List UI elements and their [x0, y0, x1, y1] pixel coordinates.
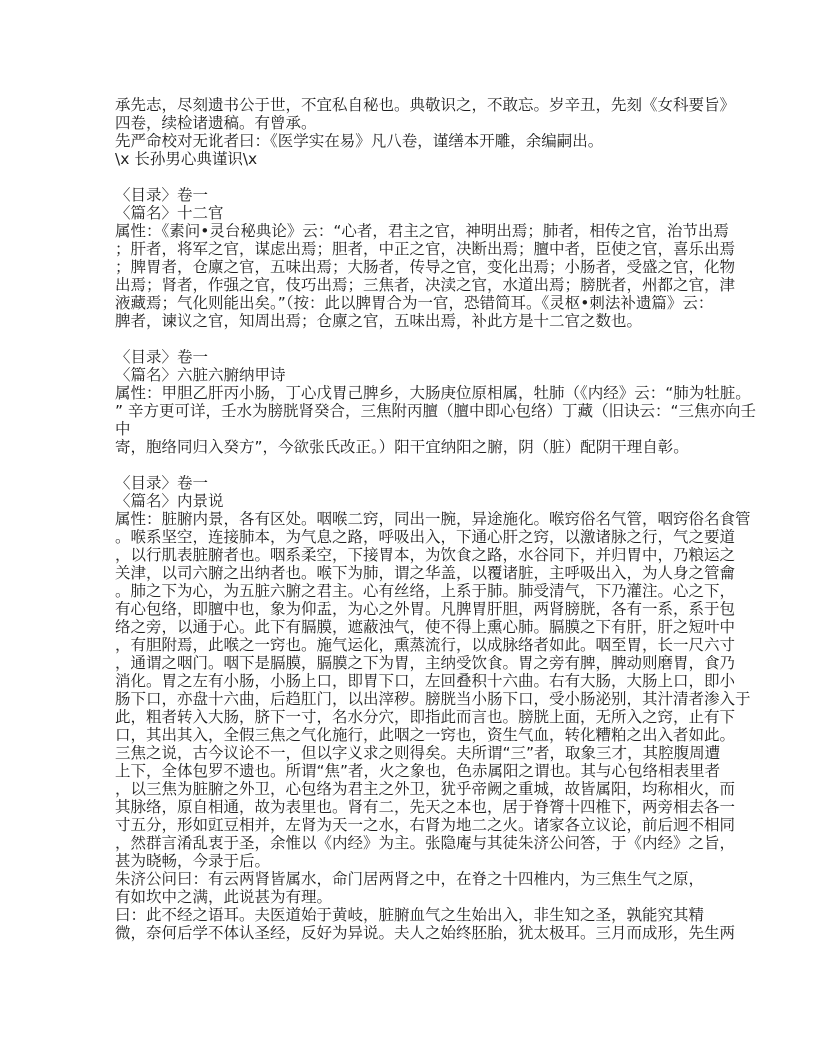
- text-line: 中: [115, 420, 735, 438]
- text-line: 四卷，续检诸遗稿。有曾承。: [115, 114, 735, 132]
- text-line: 肠下口，亦盘十六曲，后趋肛门，以出滓秽。膀胱当小肠下口，受小肠泌别，其汁清者渗入…: [115, 690, 735, 708]
- section-block: 〈目录〉卷一〈篇名〉十二官属性：《素问•灵台秘典论》云：“心者，君主之官，神明出…: [115, 186, 735, 330]
- text-line: \x 长孙男心典谨识\x: [115, 150, 735, 168]
- text-line: 有心包络，即膻中也，象为仰盂，为心之外胃。凡脾胃肝胆，两肾膀胱，各有一系，系于包: [115, 600, 735, 618]
- toc-line: 〈目录〉卷一: [115, 348, 735, 366]
- text-line: 朱济公问曰：有云两肾皆属水，命门居两肾之中，在脊之十四椎内，为三焦生气之原，: [115, 870, 735, 888]
- text-line: ，通谓之咽门。咽下是膈膜，膈膜之下为胃，主纳受饮食。胃之旁有脾，脾动则磨胃，食乃: [115, 654, 735, 672]
- document-body: 承先志，尽刻遗书公于世，不宜私自秘也。典敬识之，不敢忘。岁辛丑，先刻《女科要旨》…: [115, 96, 735, 942]
- text-line: 属性：脏腑内景，各有区处。咽喉二窍，同出一腕，异途施化。喉窍俗名气管，咽窍俗名食…: [115, 510, 735, 528]
- document-page: 承先志，尽刻遗书公于世，不宜私自秘也。典敬识之，不敢忘。岁辛丑，先刻《女科要旨》…: [0, 0, 816, 1056]
- text-line: 寄，胞络同归入癸方”，今欲张氏改正。）阳干宜纳阳之腑，阴（脏）配阴干理自彰。: [115, 438, 735, 456]
- text-line: ，然群言淆乱衷于圣，余惟以《内经》为主。张隐庵与其徒朱济公问答，于《内经》之旨，: [115, 834, 735, 852]
- text-line: 。肺之下为心，为五脏六腑之君主。心有丝络，上系于肺。肺受清气，下乃灌注。心之下，: [115, 582, 735, 600]
- text-line: 络之旁，以通于心。此下有膈膜，遮蔽浊气，使不得上熏心肺。膈膜之下有肝，肝之短叶中: [115, 618, 735, 636]
- text-line: ，有胆附焉，此喉之一窍也。施气运化，熏蒸流行，以成脉络者如此。咽至胃，长一尺六寸: [115, 636, 735, 654]
- section-block: 〈目录〉卷一〈篇名〉六脏六腑纳甲诗属性：甲胆乙肝丙小肠，丁心戊胃己脾乡，大肠庚位…: [115, 348, 735, 456]
- text-line: 曰：此不经之语耳。夫医道始于黄岐，脏腑血气之生始出入，非生知之圣，孰能究其精: [115, 906, 735, 924]
- text-line: 消化。胃之左有小肠，小肠上口，即胃下口，左回叠积十六曲。右有大肠，大肠上口，即小: [115, 672, 735, 690]
- text-line: 上下，全体包罗不遗也。所谓“焦”者，火之象也，色赤属阳之谓也。其与心包络相表里者: [115, 762, 735, 780]
- text-line: ；脾胃者，仓廪之官，五味出焉；大肠者，传导之官，变化出焉；小肠者，受盛之官，化物: [115, 258, 735, 276]
- text-line: 脾者，谏议之官，知周出焉；仓廪之官，五味出焉，补此方是十二官之数也。: [115, 312, 735, 330]
- text-line: 甚为晓畅，今录于后。: [115, 852, 735, 870]
- text-line: 承先志，尽刻遗书公于世，不宜私自秘也。典敬识之，不敢忘。岁辛丑，先刻《女科要旨》: [115, 96, 735, 114]
- text-line: 寸五分，形如豇豆相并，左肾为天一之水，右肾为地二之火。诸家各立议论，前后迥不相同: [115, 816, 735, 834]
- text-line: 口，其出其入，全假三焦之气化施行，此咽之一窍也，资生气血，转化糟粕之出入者如此。: [115, 726, 735, 744]
- text-line: ，以三焦为脏腑之外卫，心包络为君主之外卫，犹乎帝阙之重城，故皆属阳，均称相火，而: [115, 780, 735, 798]
- text-line: 关津，以司六腑之出纳者也。喉下为肺，谓之华盖，以覆诸脏，主呼吸出入，为人身之管龠: [115, 564, 735, 582]
- text-line: ，以行肌表脏腑者也。咽系柔空，下接胃本，为饮食之路，水谷同下，并归胃中，乃粮运之: [115, 546, 735, 564]
- text-line: 属性：《素问•灵台秘典论》云：“心者，君主之官，神明出焉；肺者，相传之官，治节出…: [115, 222, 735, 240]
- section-block: 〈目录〉卷一〈篇名〉内景说属性：脏腑内景，各有区处。咽喉二窍，同出一腕，异途施化…: [115, 474, 735, 942]
- text-line: 此，粗者转入大肠，脐下一寸，名水分穴，即指此而言也。膀胱上面，无所入之窍，止有下: [115, 708, 735, 726]
- text-line: 出焉；肾者，作强之官，伎巧出焉；三焦者，决渎之官，水道出焉；膀胱者，州都之官，津: [115, 276, 735, 294]
- text-line: 。喉系坚空，连接肺本，为气息之路，呼吸出入，下通心肝之窍，以激诸脉之行，气之要道: [115, 528, 735, 546]
- section-title-line: 〈篇名〉内景说: [115, 492, 735, 510]
- text-line: 先严命校对无讹者曰：《医学实在易》凡八卷，谨缮本开雕，余编嗣出。: [115, 132, 735, 150]
- section-title-line: 〈篇名〉十二官: [115, 204, 735, 222]
- toc-line: 〈目录〉卷一: [115, 474, 735, 492]
- preface-block: 承先志，尽刻遗书公于世，不宜私自秘也。典敬识之，不敢忘。岁辛丑，先刻《女科要旨》…: [115, 96, 735, 168]
- toc-line: 〈目录〉卷一: [115, 186, 735, 204]
- section-title-line: 〈篇名〉六脏六腑纳甲诗: [115, 366, 735, 384]
- text-line: 其脉络，原自相通，故为表里也。肾有二，先天之本也，居于脊膂十四椎下，两旁相去各一: [115, 798, 735, 816]
- text-line: 属性：甲胆乙肝丙小肠，丁心戊胃己脾乡，大肠庚位原相属，牡肺（《内经》云：“肺为牡…: [115, 384, 735, 402]
- text-line: 微，奈何后学不体认圣经，反好为异说。夫人之始终胚胎，犹太极耳。三月而成形，先生两: [115, 924, 735, 942]
- text-line: ” 辛方更可详，壬水为膀胱肾癸合，三焦附丙膻（膻中即心包络）丁藏（旧诀云：“三焦…: [115, 402, 735, 420]
- text-line: 三焦之说，古今议论不一，但以字义求之则得矣。夫所谓“三”者，取象三才，其腔腹周遭: [115, 744, 735, 762]
- text-line: ；肝者，将军之官，谋虑出焉；胆者，中正之官，决断出焉；膻中者，臣使之官，喜乐出焉: [115, 240, 735, 258]
- text-line: 有如坎中之满，此说甚为有理。: [115, 888, 735, 906]
- text-line: 液藏焉；气化则能出矣。”（按：此以脾胃合为一官，恐错简耳。《灵枢•刺法补遗篇》云…: [115, 294, 735, 312]
